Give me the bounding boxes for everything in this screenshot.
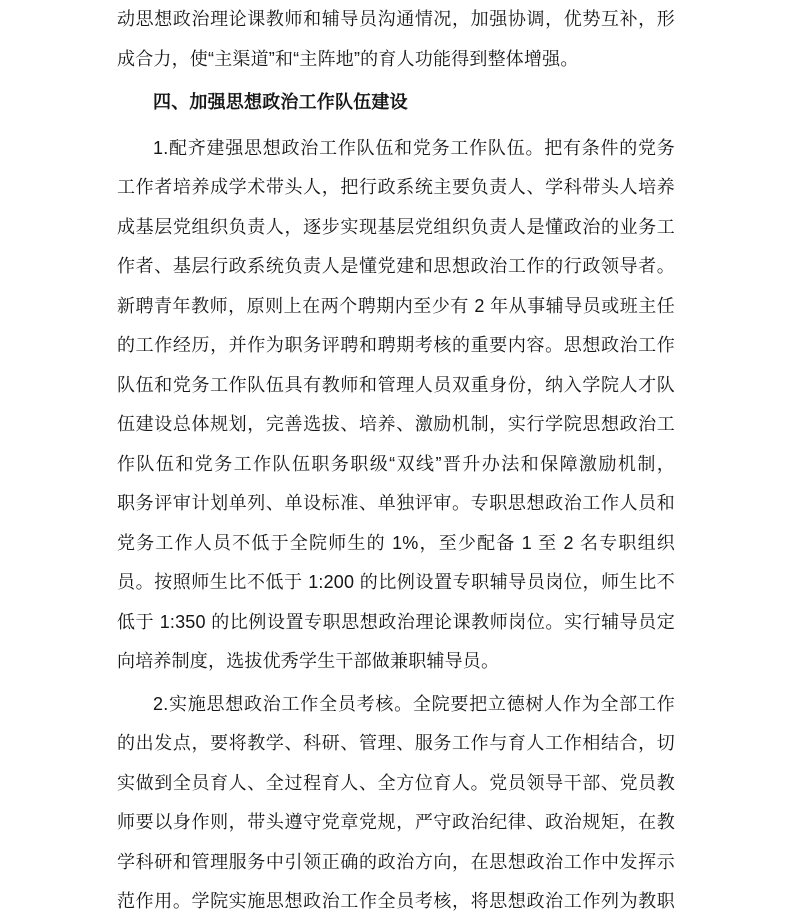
- section-heading: 四、加强思想政治工作队伍建设: [117, 83, 675, 123]
- text-line: 成基层党组织负责人，逐步实现基层党组织负责人是懂政治的业务工: [117, 208, 675, 248]
- text-line: 2.实施思想政治工作全员考核。全院要把立德树人作为全部工作: [117, 685, 675, 725]
- text-line: 成合力，使“主渠道”和“主阵地”的育人功能得到整体增强。: [117, 40, 675, 80]
- text-line: 实做到全员育人、全过程育人、全方位育人。党员领导干部、党员教: [117, 764, 675, 804]
- text-line: 作者、基层行政系统负责人是懂党建和思想政治工作的行政领导者。: [117, 247, 675, 287]
- text-line: 新聘青年教师，原则上在两个聘期内至少有 2 年从事辅导员或班主任: [117, 287, 675, 327]
- text-line: 的工作经历，并作为职务评聘和聘期考核的重要内容。思想政治工作: [117, 326, 675, 366]
- text-line: 伍建设总体规划，完善选拔、培养、激励机制，实行学院思想政治工: [117, 405, 675, 445]
- text-line: 的出发点，要将教学、科研、管理、服务工作与育人工作相结合，切: [117, 724, 675, 764]
- text-line: 低于 1:350 的比例设置专职思想政治理论课教师岗位。实行辅导员定: [117, 603, 675, 643]
- text-line: 学科研和管理服务中引领正确的政治方向，在思想政治工作中发挥示: [117, 843, 675, 883]
- document-page: 动思想政治理论课教师和辅导员沟通情况，加强协调，优势互补，形 成合力，使“主渠道…: [117, 0, 675, 922]
- text-line: 师要以身作则，带头遵守党章党规，严守政治纪律、政治规矩，在教: [117, 803, 675, 843]
- text-line: 作队伍和党务工作队伍职务职级“双线”晋升办法和保障激励机制，: [117, 445, 675, 485]
- text-line: 党务工作人员不低于全院师生的 1%，至少配备 1 至 2 名专职组织: [117, 524, 675, 564]
- text-line: 职务评审计划单列、单设标准、单独评审。专职思想政治工作人员和: [117, 484, 675, 524]
- text-line: 队伍和党务工作队伍具有教师和管理人员双重身份，纳入学院人才队: [117, 366, 675, 406]
- text-line: 员。按照师生比不低于 1:200 的比例设置专职辅导员岗位，师生比不: [117, 563, 675, 603]
- text-line: 工作者培养成学术带头人，把行政系统主要负责人、学科带头人培养: [117, 168, 675, 208]
- text-line: 1.配齐建强思想政治工作队伍和党务工作队伍。把有条件的党务: [117, 129, 675, 169]
- text-line: 向培养制度，选拔优秀学生干部做兼职辅导员。: [117, 642, 675, 682]
- text-line: 动思想政治理论课教师和辅导员沟通情况，加强协调，优势互补，形: [117, 0, 675, 40]
- text-line: 范作用。学院实施思想政治工作全员考核，将思想政治工作列为教职: [117, 882, 675, 922]
